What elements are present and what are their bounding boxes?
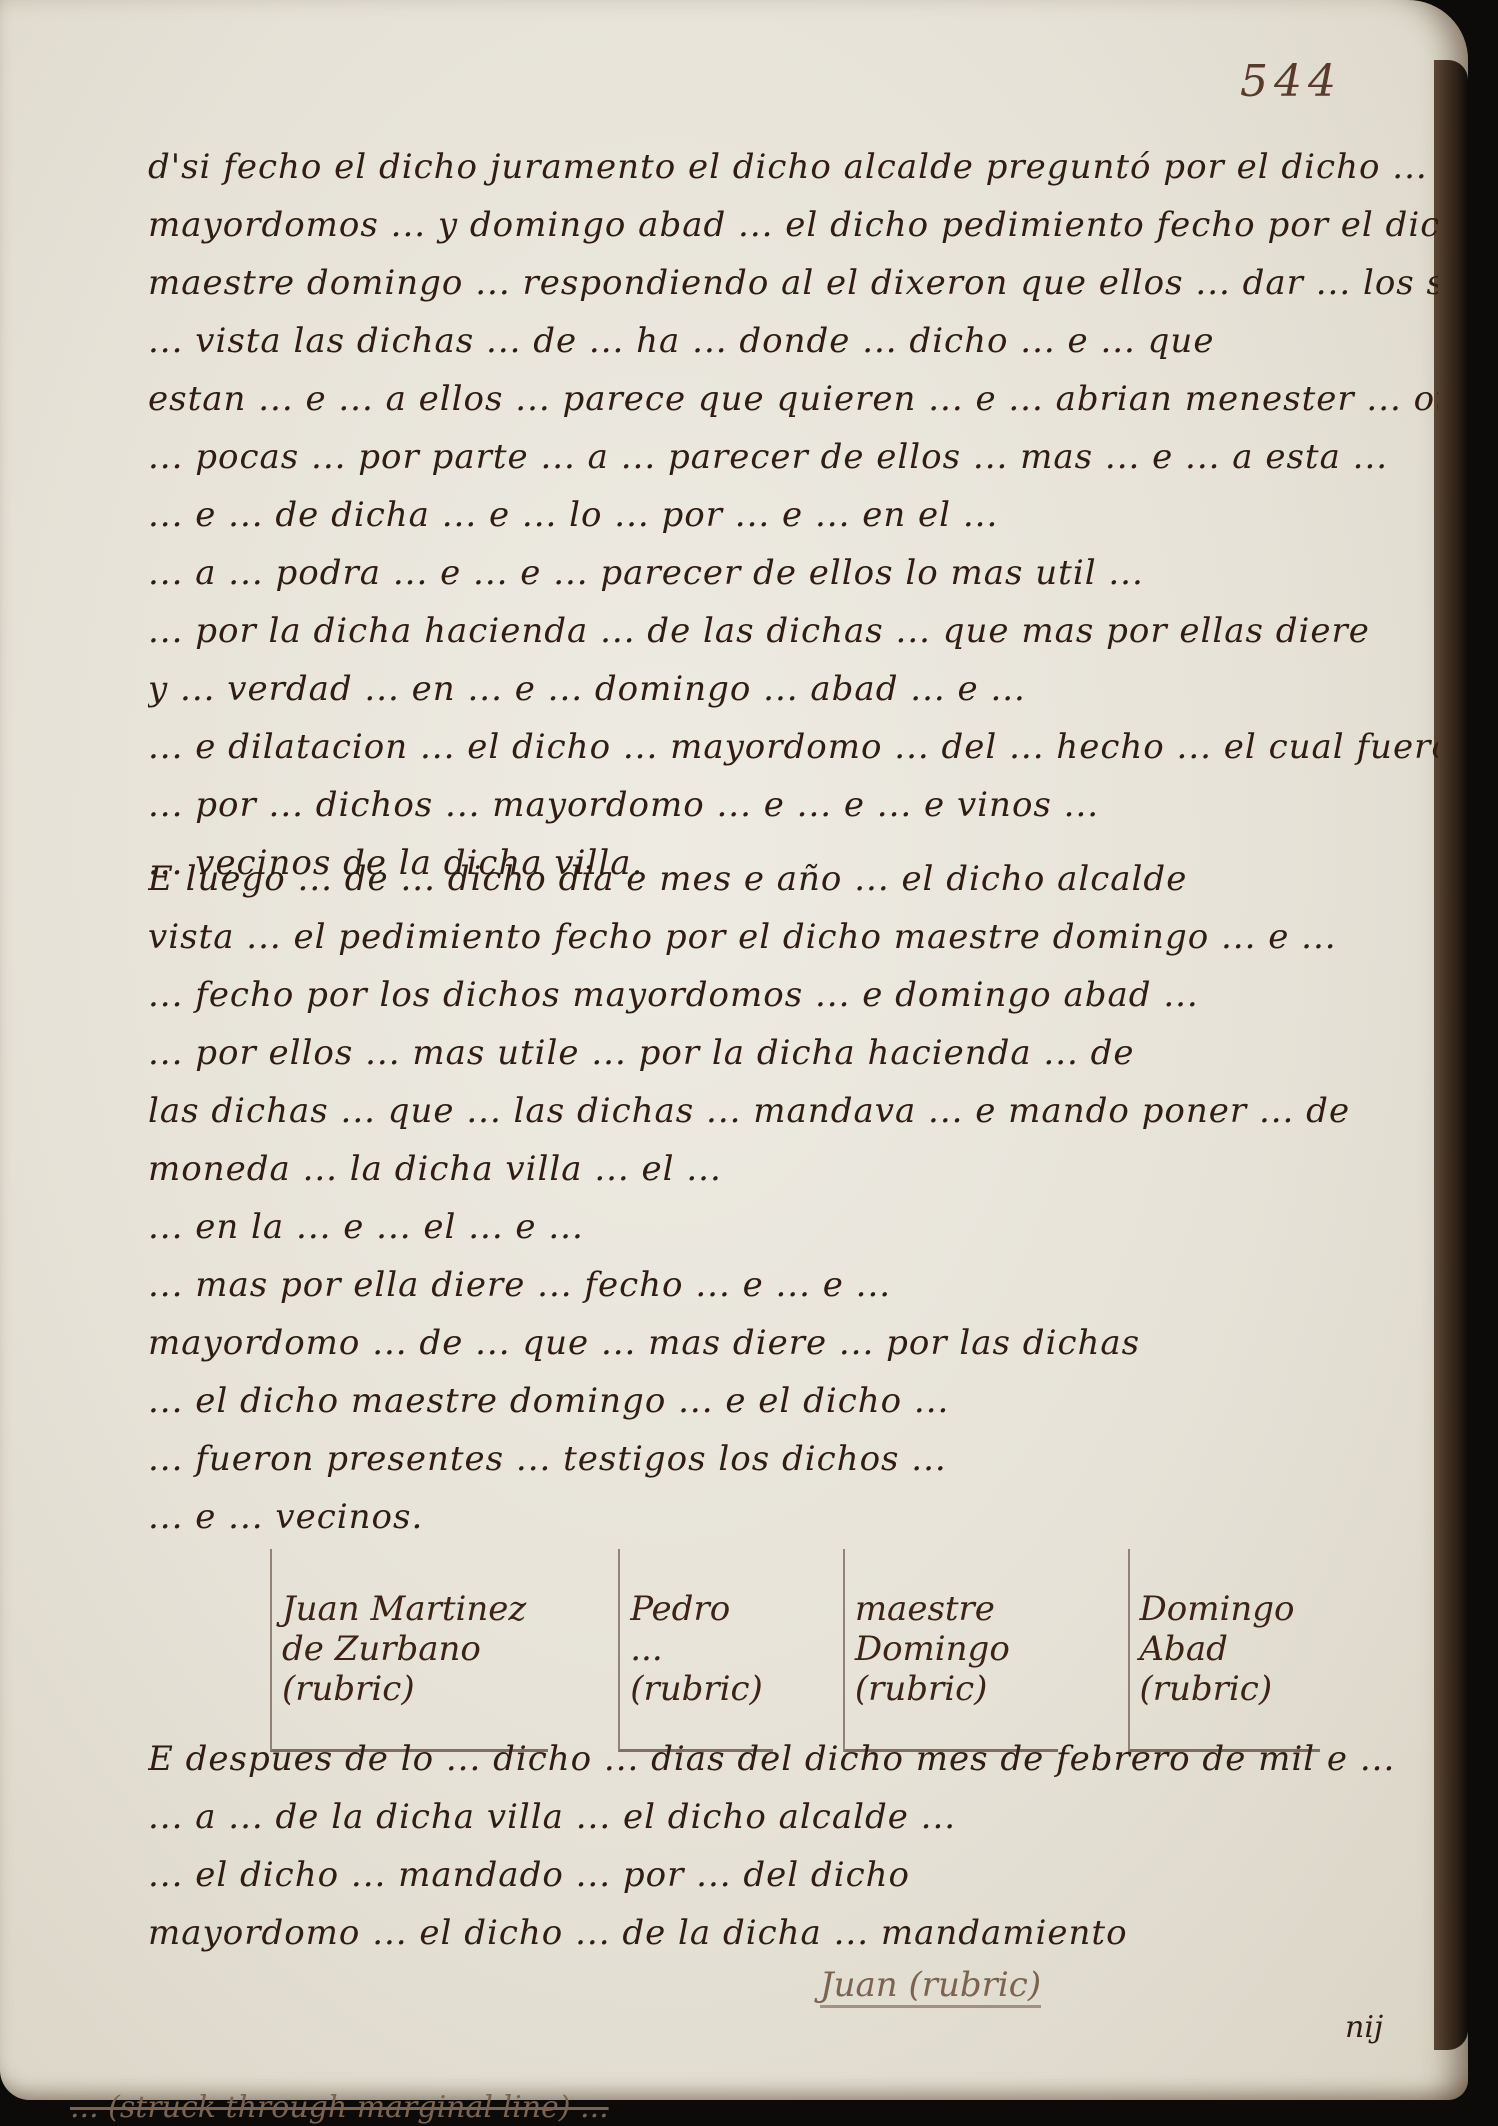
text-line: mayordomo ... el dicho ... de la dicha .… (148, 1904, 1438, 1962)
text-line: ... por ellos ... mas utile ... por la d… (148, 1024, 1438, 1082)
signatures-row: Juan Martinez de Zurbano (rubric) Pedro … (270, 1540, 1320, 1760)
text-line: vista ... el pedimiento fecho por el dic… (148, 908, 1438, 966)
text-line: ... e ... de dicha ... e ... lo ... por … (148, 486, 1438, 544)
paragraph-1: d'si fecho el dicho juramento el dicho a… (148, 138, 1438, 892)
text-line: ... por ... dichos ... mayordomo ... e .… (148, 776, 1438, 834)
notary-rubric: Juan (rubric) (820, 1965, 1041, 2008)
text-line: estan ... e ... a ellos ... parece que q… (148, 370, 1438, 428)
signature: maestre Domingo (rubric) (843, 1549, 1058, 1752)
text-line: maestre domingo ... respondiendo al el d… (148, 254, 1438, 312)
text-line: ... en la ... e ... el ... e ... (148, 1198, 1438, 1256)
folio-number: 544 (1240, 56, 1342, 107)
text-line: ... fueron presentes ... testigos los di… (148, 1430, 1438, 1488)
signature: Pedro ... (rubric) (618, 1549, 773, 1752)
struck-line: ... (struck-through marginal line) ... (70, 2090, 609, 2125)
text-line: moneda ... la dicha villa ... el ... (148, 1140, 1438, 1198)
text-line: mayordomos ... y domingo abad ... el dic… (148, 196, 1438, 254)
paragraph-2: E luego ... de ... dicho dia e mes e año… (148, 850, 1438, 1546)
text-line: ... a ... podra ... e ... e ... parecer … (148, 544, 1438, 602)
text-line: ... vista las dichas ... de ... ha ... d… (148, 312, 1438, 370)
paragraph-3: E despues de lo ... dicho ... dias del d… (148, 1730, 1438, 1962)
signature: Juan Martinez de Zurbano (rubric) (270, 1549, 548, 1752)
text-line: ... a ... de la dicha villa ... el dicho… (148, 1788, 1438, 1846)
text-line: E luego ... de ... dicho dia e mes e año… (148, 850, 1438, 908)
corner-mark: nij (1345, 2010, 1383, 2045)
text-line: ... por la dicha hacienda ... de las dic… (148, 602, 1438, 660)
text-line: mayordomo ... de ... que ... mas diere .… (148, 1314, 1438, 1372)
text-line: ... el dicho maestre domingo ... e el di… (148, 1372, 1438, 1430)
binding-edge (1434, 60, 1468, 2050)
text-line: ... e ... vecinos. (148, 1488, 1438, 1546)
signature: Domingo Abad (rubric) (1128, 1549, 1321, 1752)
text-line: d'si fecho el dicho juramento el dicho a… (148, 138, 1438, 196)
text-line: ... pocas ... por parte ... a ... parece… (148, 428, 1438, 486)
text-line: las dichas ... que ... las dichas ... ma… (148, 1082, 1438, 1140)
text-line: ... fecho por los dichos mayordomos ... … (148, 966, 1438, 1024)
manuscript-page: 544 d'si fecho el dicho juramento el dic… (0, 0, 1468, 2100)
text-line: ... el dicho ... mandado ... por ... del… (148, 1846, 1438, 1904)
text-line: y ... verdad ... en ... e ... domingo ..… (148, 660, 1438, 718)
text-line: ... e dilatacion ... el dicho ... mayord… (148, 718, 1438, 776)
text-line: ... mas por ella diere ... fecho ... e .… (148, 1256, 1438, 1314)
text-line: E despues de lo ... dicho ... dias del d… (148, 1730, 1438, 1788)
